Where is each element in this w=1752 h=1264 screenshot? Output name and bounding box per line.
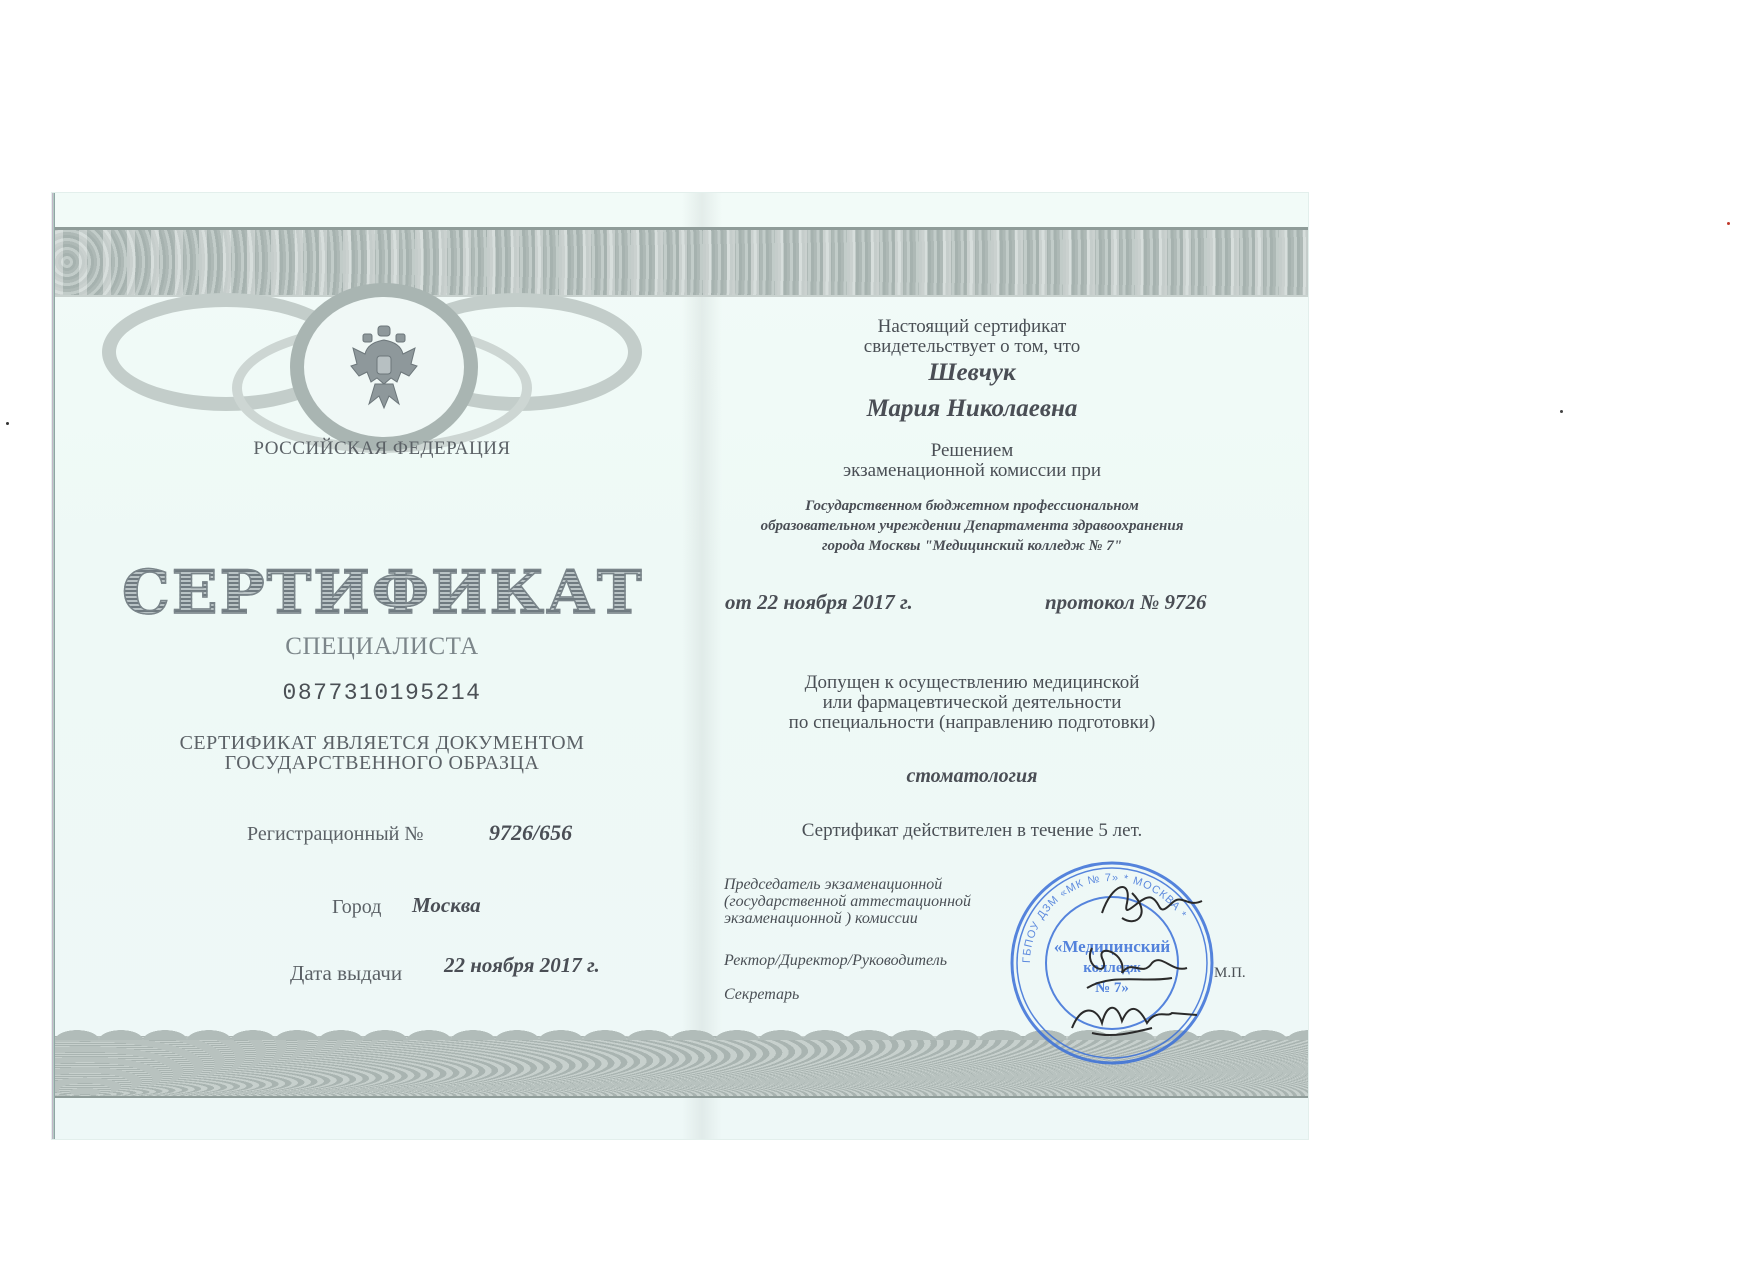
protocol-number: протокол № 9726	[1045, 590, 1207, 615]
chair-line-2: (государственной аттестационной	[724, 893, 971, 910]
holder-given-names: Мария Николаевна	[782, 395, 1162, 423]
decision-line-2: экзаменационной комиссии при	[782, 461, 1162, 481]
signature-secretary-icon	[1062, 983, 1202, 1043]
scan-speck	[1560, 410, 1563, 413]
intro-line-2: свидетельствует о том, что	[782, 337, 1162, 357]
serial-number: 0877310195214	[192, 680, 572, 706]
coat-of-arms-icon	[349, 324, 419, 410]
state-document-line-1: СЕРТИФИКАТ ЯВЛЯЕТСЯ ДОКУМЕНТОМ	[112, 733, 652, 753]
decision-line-1: Решением	[782, 441, 1162, 461]
state-document-line-2: ГОСУДАРСТВЕННОГО ОБРАЗЦА	[112, 753, 652, 773]
admitted-line-3: по специальности (направлению подготовки…	[712, 713, 1232, 733]
specialty: стоматология	[712, 765, 1232, 788]
issue-date-label: Дата выдачи	[290, 961, 402, 986]
holder-surname: Шевчук	[782, 359, 1162, 387]
seal-place-label: М.П.	[1214, 965, 1246, 982]
country-name: РОССИЙСКАЯ ФЕДЕРАЦИЯ	[192, 438, 572, 460]
scan-speck	[1727, 222, 1730, 225]
issue-date-value: 22 ноября 2017 г.	[444, 953, 600, 978]
city-value: Москва	[412, 893, 481, 918]
certificate-title: СЕРТИФИКАТ	[122, 558, 642, 628]
emblem-oval	[290, 283, 478, 451]
certificate-sheet: РОССИЙСКАЯ ФЕДЕРАЦИЯ СЕРТИФИКАТ СПЕЦИАЛИ…	[52, 193, 1308, 1139]
admitted-line-2: или фармацевтической деятельности	[712, 693, 1232, 713]
certificate-subtitle: СПЕЦИАЛИСТА	[192, 633, 572, 661]
signature-chair-icon	[1092, 873, 1212, 933]
emblem-ornament	[92, 253, 652, 443]
decision-date: от 22 ноября 2017 г.	[725, 590, 913, 615]
validity-statement: Сертификат действителен в течение 5 лет.	[712, 820, 1232, 842]
city-label: Город	[332, 896, 381, 919]
page-fold	[682, 193, 722, 1139]
scan-speck	[6, 422, 9, 425]
registration-label: Регистрационный №	[247, 823, 423, 846]
intro-line-1: Настоящий сертификат	[782, 317, 1162, 337]
institution-line-1: Государственном бюджетном профессиональн…	[712, 496, 1232, 516]
institution-line-2: образовательном учреждении Департамента …	[712, 516, 1232, 536]
rector-label: Ректор/Директор/Руководитель	[724, 952, 947, 970]
chair-line-3: экзаменационной ) комиссии	[724, 910, 918, 927]
secretary-label: Секретарь	[724, 986, 799, 1004]
registration-value: 9726/656	[489, 820, 572, 846]
admitted-line-1: Допущен к осуществлению медицинской	[712, 673, 1232, 693]
chair-line-1: Председатель экзаменационной	[724, 876, 942, 893]
institution-line-3: города Москвы "Медицинский колледж № 7"	[712, 536, 1232, 556]
